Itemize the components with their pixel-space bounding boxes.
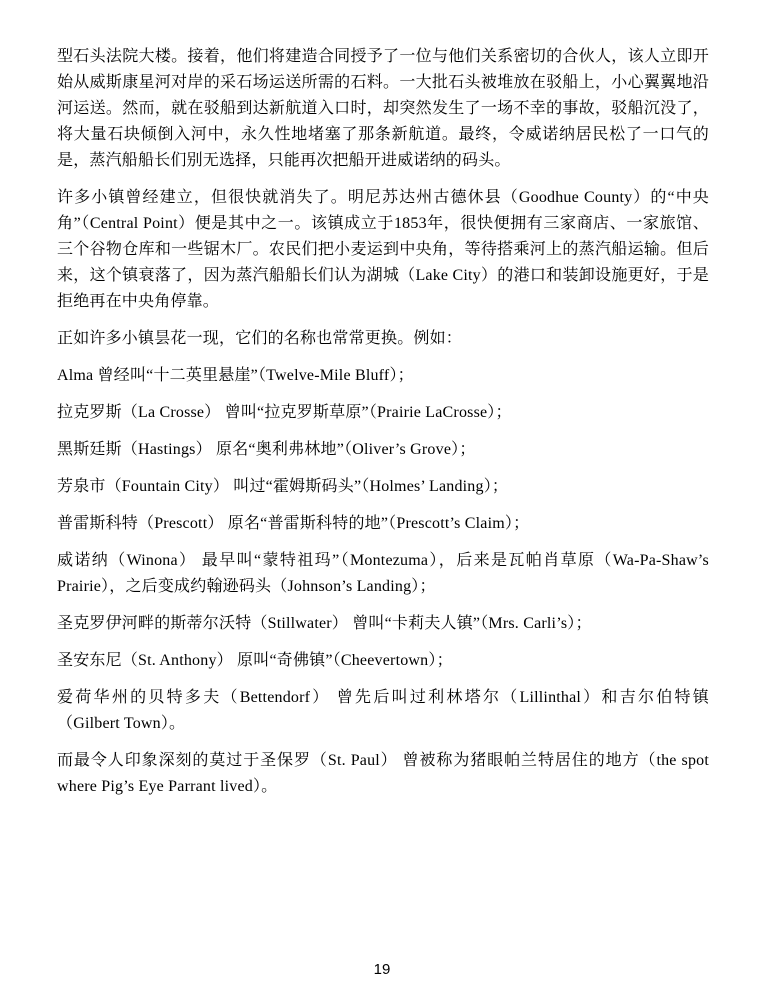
paragraph-courthouse-barge: 型石头法院大楼。接着，他们将建造合同授予了一位与他们关系密切的合伙人，该人立即开…: [57, 44, 709, 174]
paragraph-prescott: 普雷斯科特（Prescott） 原名“普雷斯科特的地”（Prescott’s C…: [57, 511, 709, 537]
paragraph-fountain-city: 芳泉市（Fountain City） 叫过“霍姆斯码头”（Holmes’ Lan…: [57, 474, 709, 500]
paragraph-bettendorf: 爱荷华州的贝特多夫（Bettendorf） 曾先后叫过利林塔尔（Lillinth…: [57, 685, 709, 737]
page-number: 19: [0, 961, 764, 978]
paragraph-la-crosse: 拉克罗斯（La Crosse） 曾叫“拉克罗斯草原”（Prairie LaCro…: [57, 400, 709, 426]
document-page: 型石头法院大楼。接着，他们将建造合同授予了一位与他们关系密切的合伙人，该人立即开…: [0, 0, 764, 1000]
paragraph-names-change-intro: 正如许多小镇昙花一现，它们的名称也常常更换。例如：: [57, 326, 709, 352]
paragraph-st-anthony: 圣安东尼（St. Anthony） 原叫“奇佛镇”（Cheevertown）；: [57, 648, 709, 674]
paragraph-hastings: 黑斯廷斯（Hastings） 原名“奥利弗林地”（Oliver’s Grove）…: [57, 437, 709, 463]
paragraph-alma: Alma 曾经叫“十二英里悬崖”（Twelve-Mile Bluff）；: [57, 363, 709, 389]
text-content: 型石头法院大楼。接着，他们将建造合同授予了一位与他们关系密切的合伙人，该人立即开…: [57, 44, 709, 811]
paragraph-st-paul: 而最令人印象深刻的莫过于圣保罗（St. Paul） 曾被称为猪眼帕兰特居住的地方…: [57, 748, 709, 800]
paragraph-central-point: 许多小镇曾经建立，但很快就消失了。明尼苏达州古德休县（Goodhue Count…: [57, 185, 709, 315]
paragraph-winona: 威诺纳（Winona） 最早叫“蒙特祖玛”（Montezuma），后来是瓦帕肖草…: [57, 548, 709, 600]
paragraph-stillwater: 圣克罗伊河畔的斯蒂尔沃特（Stillwater） 曾叫“卡莉夫人镇”（Mrs. …: [57, 611, 709, 637]
